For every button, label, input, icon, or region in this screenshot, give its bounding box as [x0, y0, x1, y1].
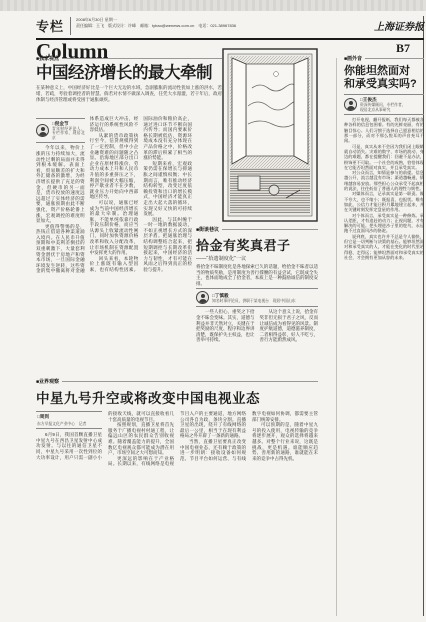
- kicker-rule: [222, 229, 318, 230]
- middle-article-headline: 拾金有奖真君子: [196, 235, 318, 254]
- main-article-body: □倪金节 青年财经评论人、专栏作家，现居北京 今年以来，物价上涨的压力持续加大，…: [36, 116, 192, 372]
- editor-contact-line: 责任编辑：王飞 版式设计：许峰 邮箱：tybao@wenews.com.cn 电…: [76, 23, 374, 29]
- main-article-author-box: □倪金节 青年财经评论人、专栏作家，现居北京: [36, 118, 85, 143]
- right-kicker-label: ■画外音: [344, 55, 362, 62]
- right-article: ■画外音 你能坦然面对 和承受真实吗? □王俊杰 资深传媒顾问，专栏作者， 现居…: [344, 55, 424, 615]
- middle-article-subhead: ——“拾遗制度化”一议: [196, 255, 318, 262]
- newspaper-masthead: 上海证券报: [374, 16, 424, 33]
- author-avatar-icon: [344, 98, 357, 111]
- middle-article-kicker: ■街谈巷议: [196, 226, 318, 233]
- middle-article-author-box: □丁慎毅 知名时事评论员，供职于某电视台 现居中国山东: [196, 288, 318, 307]
- right-article-headline: 你能坦然面对 和承受真实吗?: [344, 65, 424, 91]
- main-article-intro: 在某种意义上，中国经济好比是一个巨大无边的水域，急剧膨胀的流动性犹如上涨的洪水，…: [36, 85, 222, 102]
- newspaper-page: 专栏 2008年6月30日 星期一 责任编辑：王飞 版式设计：许峰 邮箱：tyb…: [0, 0, 426, 622]
- scan-edge: [0, 0, 426, 11]
- illustration-drawing: [222, 48, 318, 222]
- header-divider: [70, 17, 71, 35]
- author-bio-line-1: 资深传媒顾问，专栏作者，: [360, 103, 406, 108]
- bottom-article-kicker: ■业界观察: [36, 378, 318, 385]
- author-avatar-icon: [196, 291, 209, 304]
- author-bio-line-2: 现居北京从事研究: [360, 108, 406, 113]
- main-kicker-label: ■独家视点: [36, 55, 59, 62]
- header-top-row: 专栏 2008年6月30日 星期一 责任编辑：王飞 版式设计：许峰 邮箱：tyb…: [36, 16, 424, 40]
- right-article-author-box: □王俊杰 资深传媒顾问，专栏作者， 现居北京从事研究: [344, 94, 424, 115]
- author-name: □周到: [37, 414, 101, 420]
- middle-article-lead: 将拾金不昧制度化是各地探索已久的话题，给拾金不昧者以适当的物质奖励，是用制度为善…: [196, 264, 318, 286]
- headline-line-1: 你能坦然面对: [344, 65, 424, 78]
- header-info: 2008年6月30日 星期一 责任编辑：王飞 版式设计：许峰 邮箱：tybao@…: [76, 16, 374, 29]
- main-article-headline: 中国经济增长的最大牵制: [36, 64, 222, 82]
- author-org: 东方早报文化产业中心 记者: [37, 422, 86, 426]
- section-name-cn: 专栏: [36, 16, 64, 35]
- editorial-illustration: [222, 48, 318, 222]
- middle-article: ■街谈巷议 拾金有奖真君子 ——“拾遗制度化”一议 将拾金不昧制度化是各地探索已…: [196, 226, 318, 376]
- right-article-kicker: ■画外音: [344, 55, 424, 62]
- main-article-kicker: ■独家视点: [36, 55, 222, 62]
- headline-line-2: 和承受真实吗?: [344, 78, 424, 91]
- column-divider-rule: [336, 58, 337, 616]
- bottom-article-headline: 中星九号升空或将改变中国电视业态: [36, 387, 318, 407]
- author-bio: 知名时事评论员，供职于某电视台 现居中国山东: [212, 299, 296, 304]
- author-bio: 青年财经评论人、专栏作家，现居北京: [52, 127, 85, 141]
- kicker-rule: [62, 58, 222, 59]
- main-article-header: ■独家视点 中国经济增长的最大牵制 在某种意义上，中国经济好比是一个巨大无边的水…: [36, 55, 222, 102]
- bottom-article: ■业界观察 中星九号升空或将改变中国电视业态 □周到 东方早报文化产业中心 记者…: [36, 378, 318, 618]
- middle-kicker-label: ■街谈巷议: [196, 226, 219, 233]
- author-avatar-icon: [36, 124, 49, 137]
- kicker-rule: [62, 381, 318, 382]
- bottom-article-author-box: □周到 东方早报文化产业中心 记者: [36, 411, 102, 429]
- kicker-rule: [365, 58, 424, 59]
- right-article-body: 打开电视，翻开报纸，我们每天都被各种各样的信息包围着。有的光鲜亮丽，有的触目惊心…: [344, 117, 424, 260]
- page-number: B7: [396, 40, 424, 56]
- bottom-kicker-label: ■业界观察: [36, 378, 59, 385]
- bottom-article-body: □周到 东方早报文化产业中心 记者 6月9日，我国首颗直播卫星中星九号在西昌卫星…: [36, 411, 318, 617]
